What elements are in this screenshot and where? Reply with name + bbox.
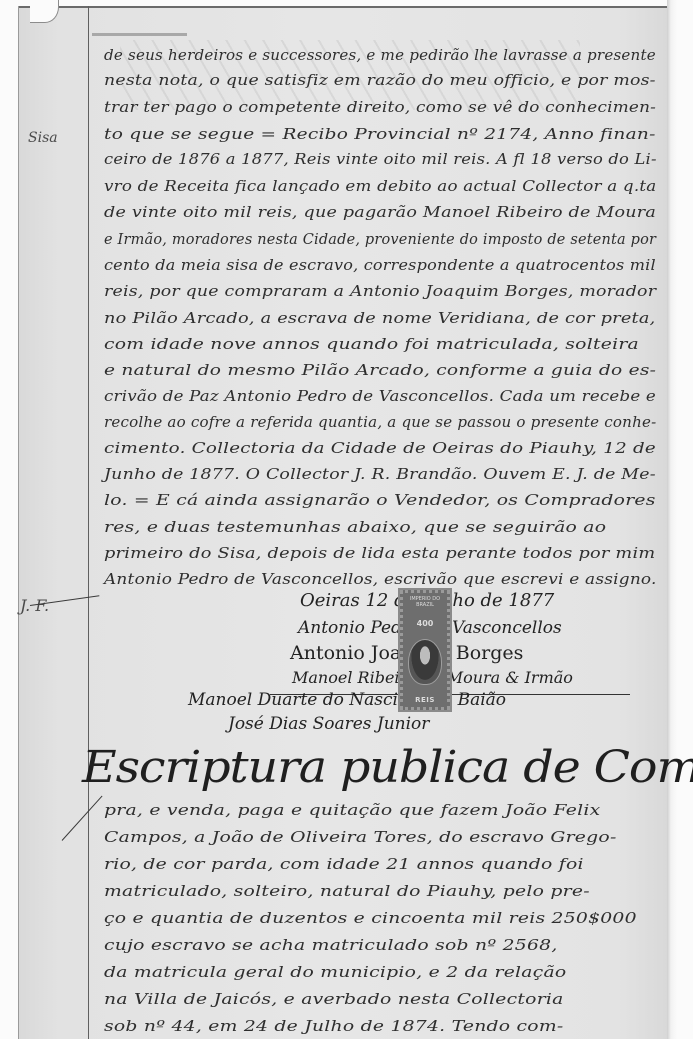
signature-dias-soares: José Dias Soares Junior [228, 714, 429, 734]
body-line: e natural do mesmo Pilão Arcado, conform… [104, 360, 656, 380]
body-line: cimento. Collectoria da Cidade de Oeiras… [104, 438, 656, 458]
deed-line: da matricula geral do municipio, e 2 da … [104, 962, 566, 982]
stamp-top-text: IMPERIO DO BRAZIL [403, 596, 447, 608]
margin-rule-line [88, 6, 89, 1039]
next-deed-heading: Escriptura publica de Com [82, 742, 693, 793]
margin-note-initials: J. F. [20, 596, 49, 615]
deed-line: sob nº 44, em 24 de Julho de 1874. Tendo… [104, 1016, 563, 1036]
body-line: primeiro do Sisa, depois de lida esta pe… [104, 543, 655, 563]
body-line: ceiro de 1876 a 1877, Reis vinte oito mi… [104, 149, 657, 169]
deed-line: cujo escravo se acha matriculado sob nº … [104, 935, 558, 955]
body-line: res, e duas testemunhas abaixo, que se s… [104, 517, 606, 537]
stamp-value: 400 [417, 619, 434, 628]
body-line: crivão de Paz Antonio Pedro de Vasconcel… [104, 386, 656, 406]
scanned-page: Sisa J. F. de seus herdeiros e successor… [0, 0, 693, 1039]
deed-line: na Villa de Jaicós, e averbado nesta Col… [104, 989, 564, 1009]
deed-line: ço e quantia de duzentos e cincoenta mil… [104, 908, 637, 928]
body-line: to que se segue = Recibo Provincial nº 2… [104, 124, 656, 144]
body-line: vro de Receita fica lançado em debito ao… [104, 176, 656, 196]
body-line: e Irmão, moradores nesta Cidade, proveni… [104, 229, 656, 249]
body-line: lo. = E cá ainda assignarão o Vendedor, … [104, 490, 656, 510]
deed-line: matriculado, solteiro, natural do Piauhy… [104, 881, 590, 901]
body-line: cento da meia sisa de escravo, correspon… [104, 255, 656, 275]
deed-line: rio, de cor parda, com idade 21 annos qu… [104, 854, 584, 874]
body-line: Junho de 1877. O Collector J. R. Brandão… [104, 464, 656, 484]
deed-line: pra, e venda, paga e quitação que fazem … [104, 800, 600, 820]
signature-duarte-baiao: Manoel Duarte do Nascimento Baião [188, 690, 506, 710]
deed-line: Campos, a João de Oliveira Tores, do esc… [104, 827, 617, 847]
body-line: Antonio Pedro de Vasconcellos, escrivão … [104, 569, 657, 589]
scan-right-edge [667, 0, 693, 1039]
body-line: de seus herdeiros e successores, e me pe… [104, 45, 656, 65]
body-line: nesta nota, o que satisfiz em razão do m… [104, 70, 656, 90]
body-line: com idade nove annos quando foi matricul… [104, 334, 639, 354]
body-line: reis, por que compraram a Antonio Joaqui… [104, 281, 656, 301]
header-faded-mark [92, 33, 187, 36]
revenue-stamp: IMPERIO DO BRAZIL 400 REIS [400, 590, 450, 710]
body-line: de vinte oito mil reis, que pagarão Mano… [104, 202, 656, 222]
stamp-currency: REIS [415, 696, 435, 704]
body-line: recolhe ao cofre a referida quantia, a q… [104, 412, 656, 432]
body-line: no Pilão Arcado, a escrava de nome Verid… [104, 308, 656, 328]
stamp-portrait-icon [408, 639, 442, 685]
body-line: trar ter pago o competente direito, como… [104, 97, 656, 117]
margin-note-sisa: Sisa [28, 130, 58, 146]
